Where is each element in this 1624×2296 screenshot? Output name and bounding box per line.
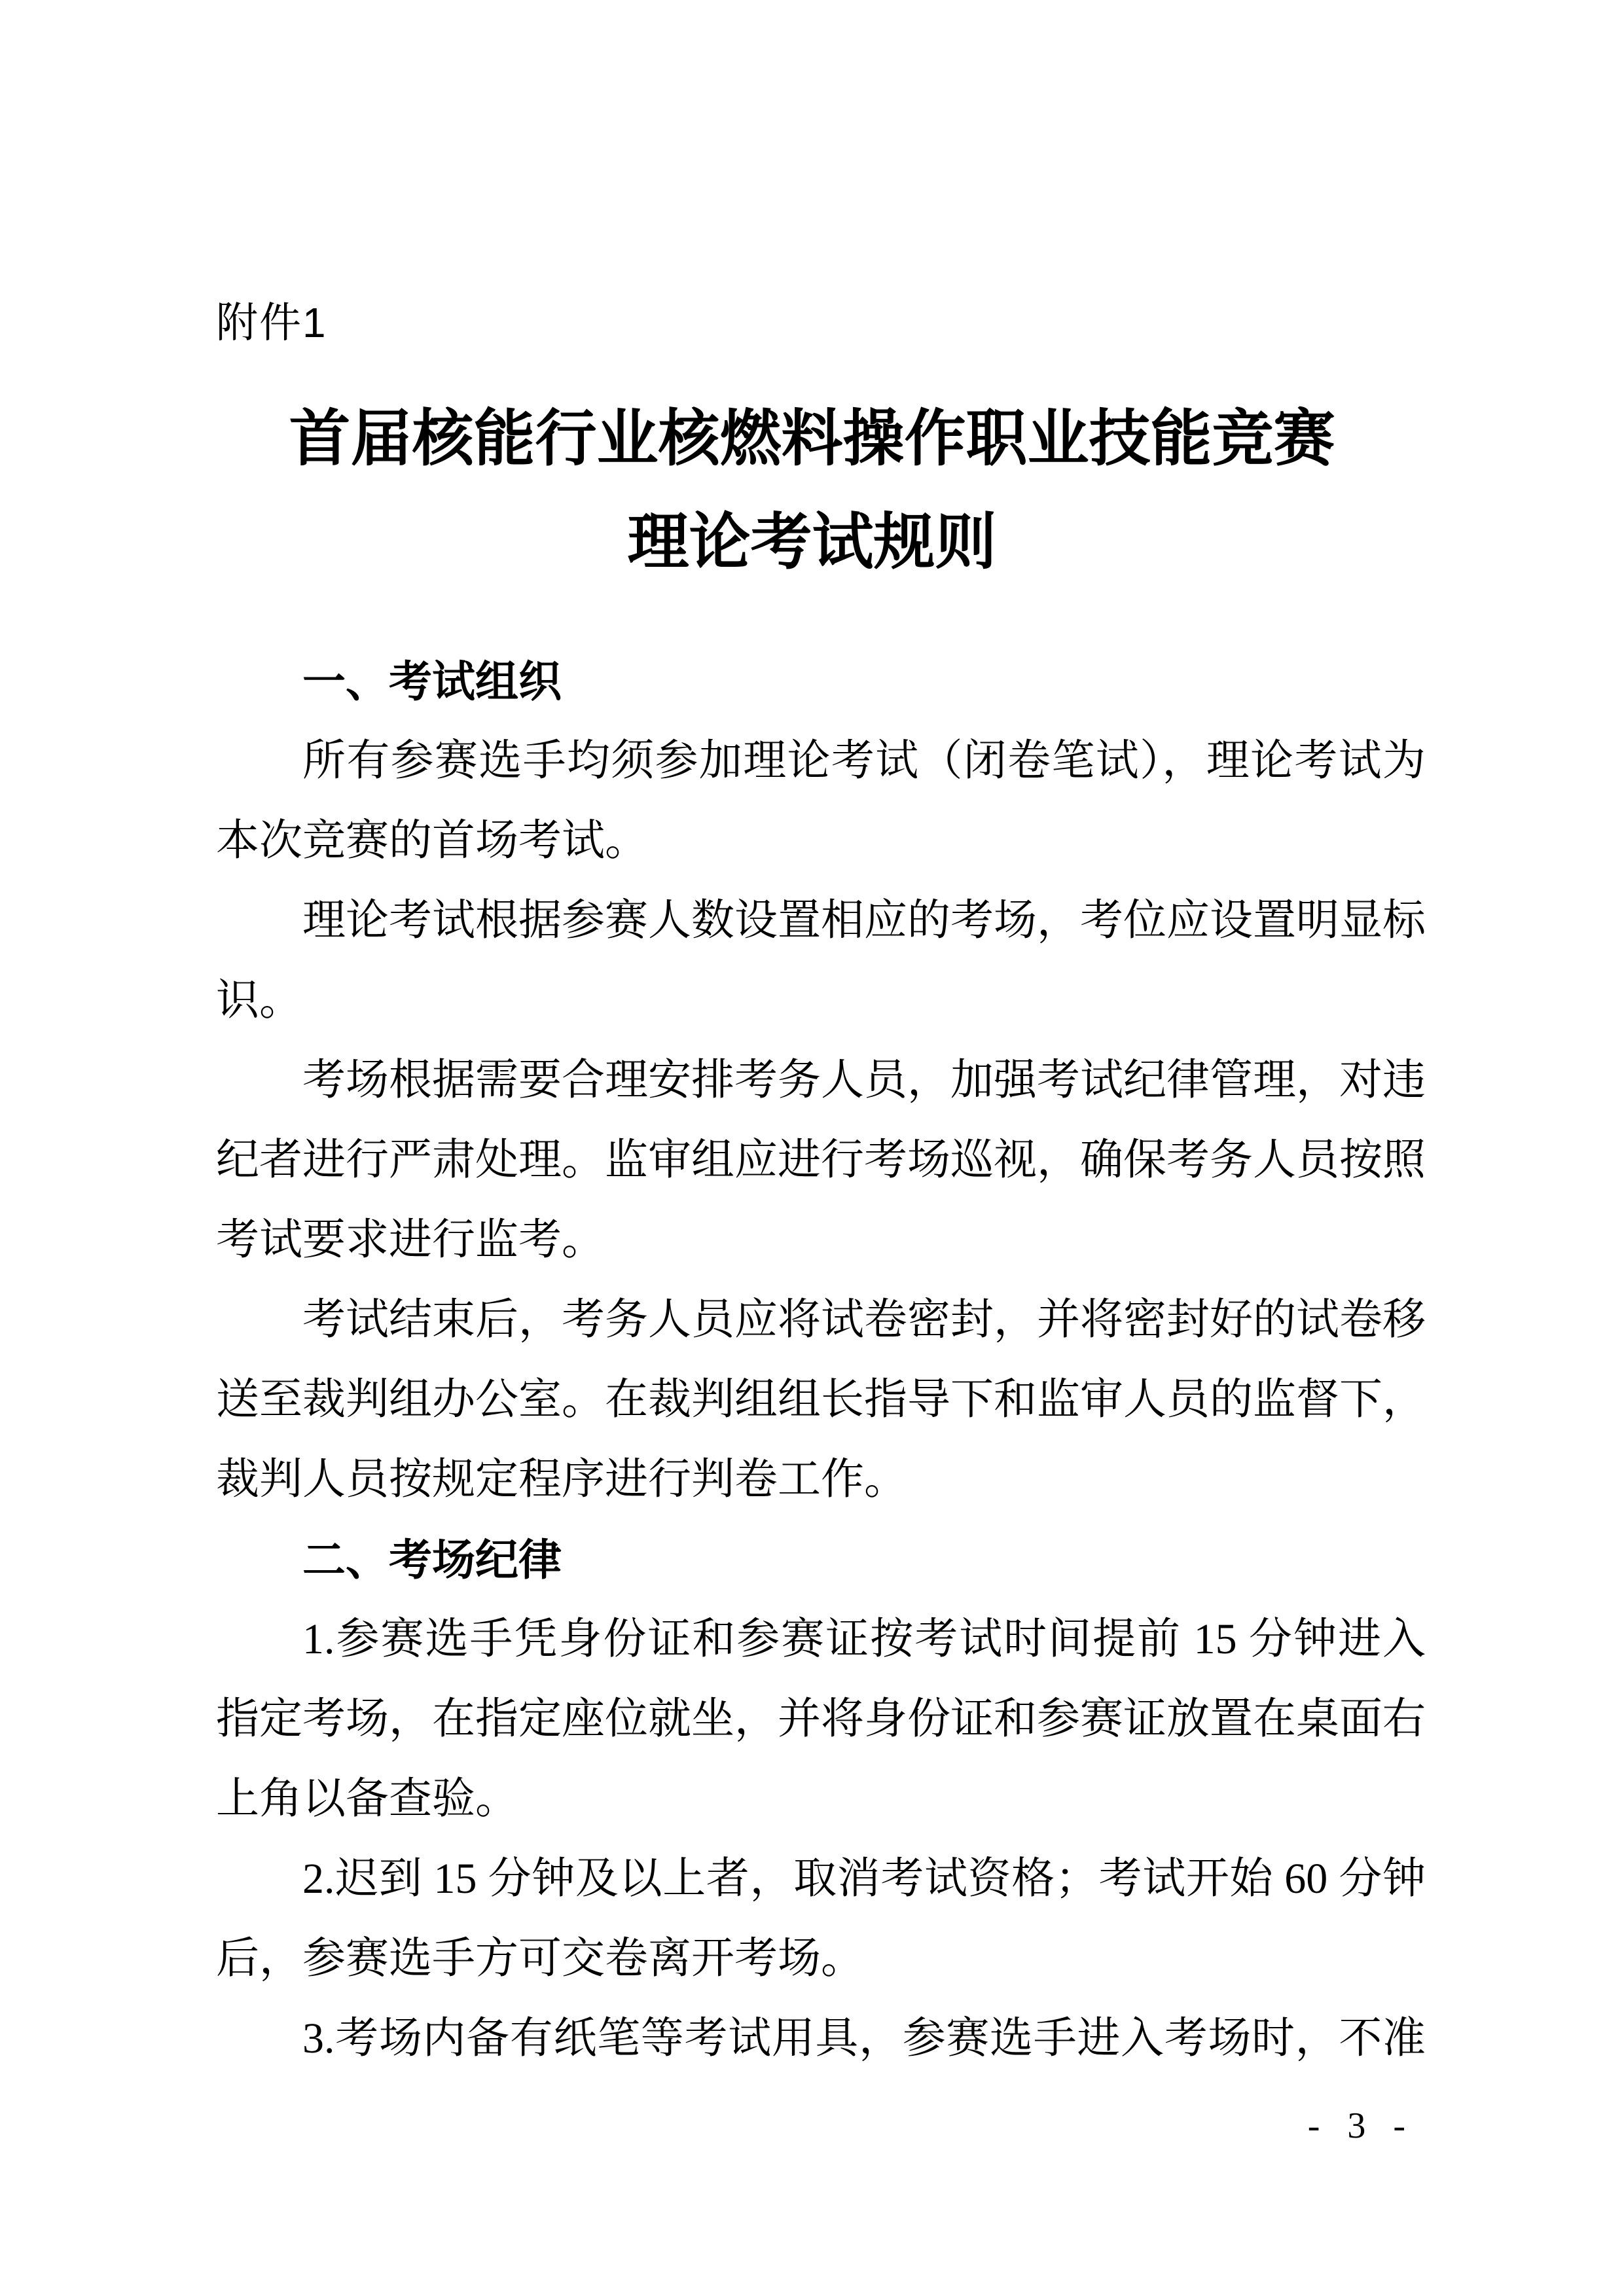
text-line: 指定考场，在指定座位就坐，并将身份证和参赛证放置在桌面右 <box>216 1679 1426 1759</box>
paragraph: 1.参赛选手凭身份证和参赛证按考试时间提前 15 分钟进入 指定考场，在指定座位… <box>216 1600 1426 1839</box>
page-number: - 3 - <box>1308 2106 1415 2147</box>
document-title: 首届核能行业核燃料操作职业技能竞赛 理论考试规则 <box>0 387 1624 594</box>
document-body: 一、考试组织 所有参赛选手均须参加理论考试（闭卷笔试），理论考试为 本次竞赛的首… <box>216 641 1426 2079</box>
section-heading-exam-discipline: 二、考场纪律 <box>216 1520 1426 1600</box>
section-heading-exam-organization: 一、考试组织 <box>216 641 1426 721</box>
paragraph: 理论考试根据参赛人数设置相应的考场，考位应设置明显标 识。 <box>216 881 1426 1041</box>
text-line: 理论考试根据参赛人数设置相应的考场，考位应设置明显标 <box>216 881 1426 961</box>
title-line-2: 理论考试规则 <box>0 491 1624 594</box>
text-line: 考试要求进行监考。 <box>216 1200 1426 1280</box>
text-line: 2.迟到 15 分钟及以上者，取消考试资格；考试开始 60 分钟 <box>216 1839 1426 1919</box>
text-line: 本次竞赛的首场考试。 <box>216 801 1426 881</box>
attachment-label: 附件1 <box>216 300 327 346</box>
paragraph: 2.迟到 15 分钟及以上者，取消考试资格；考试开始 60 分钟 后，参赛选手方… <box>216 1839 1426 1999</box>
text-line: 裁判人员按规定程序进行判卷工作。 <box>216 1440 1426 1520</box>
text-line: 考场根据需要合理安排考务人员，加强考试纪律管理，对违 <box>216 1041 1426 1121</box>
text-line: 识。 <box>216 961 1426 1041</box>
document-page: 附件1 首届核能行业核燃料操作职业技能竞赛 理论考试规则 一、考试组织 所有参赛… <box>0 0 1624 2296</box>
text-line: 1.参赛选手凭身份证和参赛证按考试时间提前 15 分钟进入 <box>216 1600 1426 1679</box>
text-line: 上角以备查验。 <box>216 1759 1426 1839</box>
text-line: 后，参赛选手方可交卷离开考场。 <box>216 1919 1426 1999</box>
title-line-1: 首届核能行业核燃料操作职业技能竞赛 <box>0 387 1624 491</box>
paragraph: 所有参赛选手均须参加理论考试（闭卷笔试），理论考试为 本次竞赛的首场考试。 <box>216 721 1426 881</box>
paragraph: 考试结束后，考务人员应将试卷密封，并将密封好的试卷移 送至裁判组办公室。在裁判组… <box>216 1280 1426 1520</box>
text-line: 考试结束后，考务人员应将试卷密封，并将密封好的试卷移 <box>216 1280 1426 1360</box>
paragraph: 3.考场内备有纸笔等考试用具，参赛选手进入考场时，不准 <box>216 1999 1426 2079</box>
text-line: 送至裁判组办公室。在裁判组组长指导下和监审人员的监督下， <box>216 1360 1426 1440</box>
text-line: 3.考场内备有纸笔等考试用具，参赛选手进入考场时，不准 <box>216 1999 1426 2079</box>
paragraph: 考场根据需要合理安排考务人员，加强考试纪律管理，对违 纪者进行严肃处理。监审组应… <box>216 1041 1426 1280</box>
text-line: 所有参赛选手均须参加理论考试（闭卷笔试），理论考试为 <box>216 721 1426 801</box>
text-line: 纪者进行严肃处理。监审组应进行考场巡视，确保考务人员按照 <box>216 1121 1426 1200</box>
